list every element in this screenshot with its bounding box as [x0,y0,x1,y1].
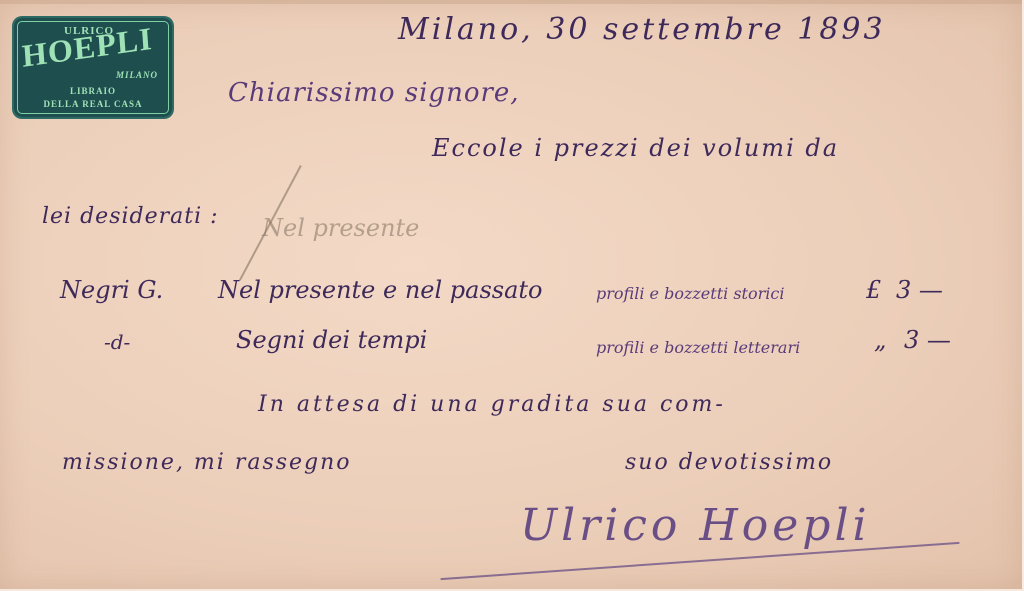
postcard: ULRICO HOEPLI MILANO LIBRAIO DELLA REAL … [0,0,1024,591]
pencil-note: Nel presente [262,214,419,242]
item-description: profili e bozzetti storici [596,284,784,303]
label-libraio: LIBRAIO [14,86,172,96]
hoepli-bookseller-label: ULRICO HOEPLI MILANO LIBRAIO DELLA REAL … [14,18,172,117]
item-price: 3 — [896,276,943,304]
closing-line-3: suo devotissimo [625,450,833,475]
item-description: profili e bozzetti letterari [596,338,800,357]
label-milano: MILANO [116,70,158,80]
signature: Ulrico Hoepli [520,500,871,551]
closing-line-1: In attesa di una gradita sua com- [258,392,726,417]
dateline: Milano, 30 settembre 1893 [398,12,886,47]
item-currency: „ [874,326,886,354]
item-title: Nel presente e nel passato [218,276,543,304]
item-author: Negri G. [60,276,163,304]
label-hoepli: HOEPLI [21,20,154,75]
intro-line-2: lei desiderati : [42,204,219,229]
label-real-casa: DELLA REAL CASA [14,99,172,109]
intro-line-1: Eccole i prezzi dei volumi da [432,134,839,162]
item-price: 3 — [904,326,951,354]
closing-line-2: missione, mi rassegno [62,450,352,475]
salutation: Chiarissimo signore, [228,78,520,108]
item-author: -d- [104,330,130,354]
item-currency: £ [866,276,881,304]
card-edge [0,0,1022,4]
item-title: Segni dei tempi [236,326,427,354]
